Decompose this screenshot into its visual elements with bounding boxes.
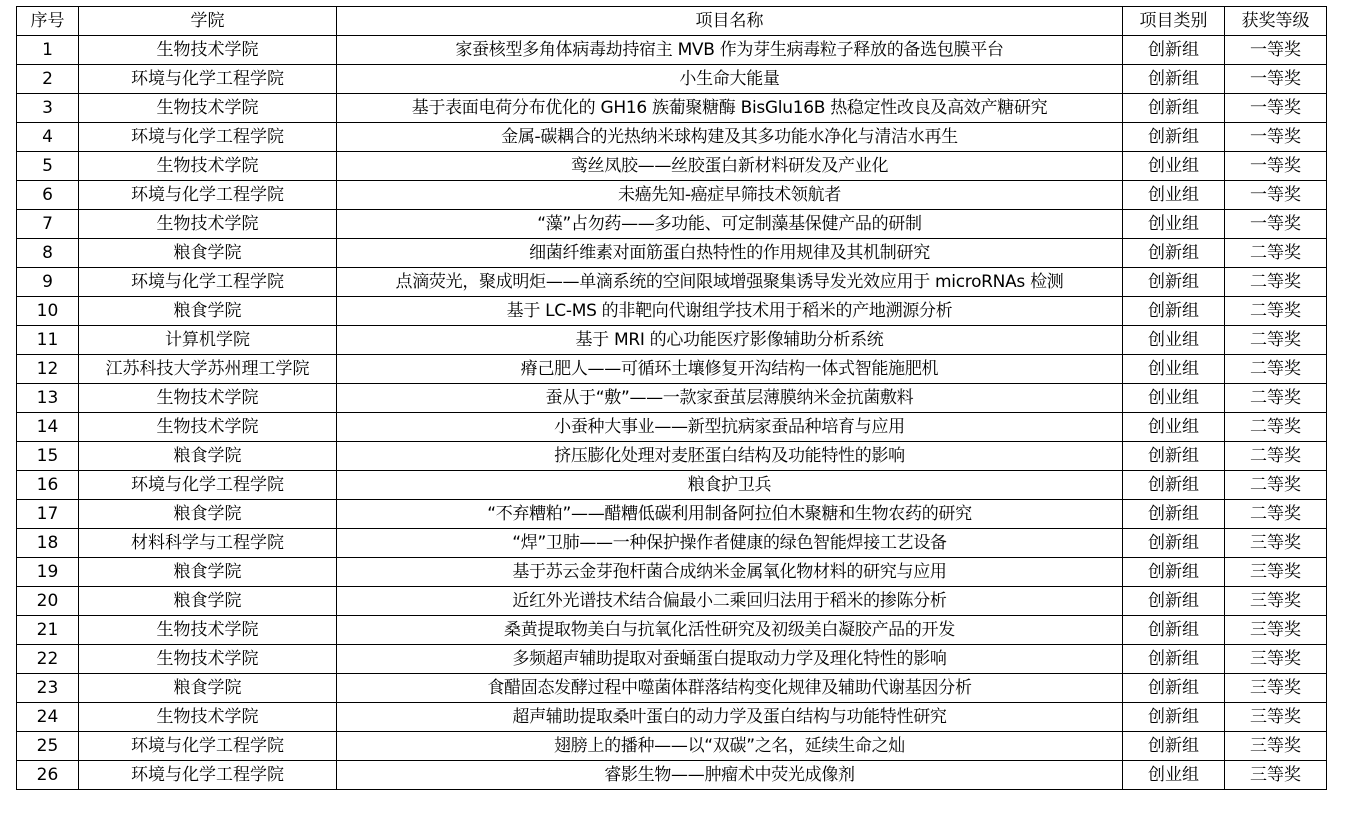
cell-college: 生物技术学院 [79,210,337,239]
table-row: 16环境与化学工程学院粮食护卫兵创新组二等奖 [17,471,1327,500]
cell-college: 环境与化学工程学院 [79,761,337,790]
header-category: 项目类别 [1123,7,1225,36]
table-header-row: 序号 学院 项目名称 项目类别 获奖等级 [17,7,1327,36]
cell-project-title: 家蚕核型多角体病毒劫持宿主 MVB 作为芽生病毒粒子释放的备选包膜平台 [337,36,1123,65]
cell-award-level: 三等奖 [1225,587,1327,616]
table-body: 1生物技术学院家蚕核型多角体病毒劫持宿主 MVB 作为芽生病毒粒子释放的备选包膜… [17,36,1327,790]
cell-award-level: 三等奖 [1225,616,1327,645]
cell-category: 创新组 [1123,674,1225,703]
cell-index: 4 [17,123,79,152]
cell-award-level: 三等奖 [1225,703,1327,732]
table-row: 19粮食学院基于苏云金芽孢杆菌合成纳米金属氧化物材料的研究与应用创新组三等奖 [17,558,1327,587]
cell-category: 创业组 [1123,152,1225,181]
cell-index: 1 [17,36,79,65]
cell-category: 创新组 [1123,529,1225,558]
table-row: 22生物技术学院多频超声辅助提取对蚕蛹蛋白提取动力学及理化特性的影响创新组三等奖 [17,645,1327,674]
cell-category: 创新组 [1123,94,1225,123]
table-row: 23粮食学院食醋固态发酵过程中噬菌体群落结构变化规律及辅助代谢基因分析创新组三等… [17,674,1327,703]
cell-category: 创新组 [1123,239,1225,268]
header-title: 项目名称 [337,7,1123,36]
cell-college: 粮食学院 [79,297,337,326]
cell-project-title: “藻”占勿药——多功能、可定制藻基保健产品的研制 [337,210,1123,239]
cell-college: 粮食学院 [79,500,337,529]
cell-project-title: 瘠己肥人——可循环土壤修复开沟结构一体式智能施肥机 [337,355,1123,384]
table-row: 9环境与化学工程学院点滴荧光，聚成明炬——单滴系统的空间限域增强聚集诱导发光效应… [17,268,1327,297]
cell-award-level: 三等奖 [1225,674,1327,703]
cell-award-level: 一等奖 [1225,181,1327,210]
cell-project-title: 粮食护卫兵 [337,471,1123,500]
cell-project-title: 未癌先知-癌症早筛技术领航者 [337,181,1123,210]
cell-index: 9 [17,268,79,297]
cell-college: 环境与化学工程学院 [79,268,337,297]
cell-award-level: 二等奖 [1225,471,1327,500]
cell-college: 环境与化学工程学院 [79,181,337,210]
cell-project-title: 细菌纤维素对面筋蛋白热特性的作用规律及其机制研究 [337,239,1123,268]
cell-award-level: 三等奖 [1225,645,1327,674]
cell-award-level: 三等奖 [1225,761,1327,790]
cell-index: 7 [17,210,79,239]
table-row: 2环境与化学工程学院小生命大能量创新组一等奖 [17,65,1327,94]
cell-category: 创业组 [1123,181,1225,210]
cell-award-level: 二等奖 [1225,355,1327,384]
table-row: 11计算机学院基于 MRI 的心功能医疗影像辅助分析系统创业组二等奖 [17,326,1327,355]
cell-award-level: 一等奖 [1225,65,1327,94]
table-row: 7生物技术学院“藻”占勿药——多功能、可定制藻基保健产品的研制创业组一等奖 [17,210,1327,239]
cell-index: 5 [17,152,79,181]
cell-college: 生物技术学院 [79,703,337,732]
cell-award-level: 二等奖 [1225,500,1327,529]
cell-college: 环境与化学工程学院 [79,732,337,761]
cell-index: 2 [17,65,79,94]
cell-project-title: 基于苏云金芽孢杆菌合成纳米金属氧化物材料的研究与应用 [337,558,1123,587]
cell-project-title: 基于 MRI 的心功能医疗影像辅助分析系统 [337,326,1123,355]
cell-index: 10 [17,297,79,326]
cell-award-level: 一等奖 [1225,123,1327,152]
cell-college: 环境与化学工程学院 [79,123,337,152]
cell-college: 生物技术学院 [79,94,337,123]
table-row: 6环境与化学工程学院未癌先知-癌症早筛技术领航者创业组一等奖 [17,181,1327,210]
table-row: 4环境与化学工程学院金属-碳耦合的光热纳米球构建及其多功能水净化与清洁水再生创新… [17,123,1327,152]
table-row: 12江苏科技大学苏州理工学院瘠己肥人——可循环土壤修复开沟结构一体式智能施肥机创… [17,355,1327,384]
cell-index: 23 [17,674,79,703]
cell-category: 创新组 [1123,65,1225,94]
table-row: 17粮食学院“不弃糟粕”——醋糟低碳利用制备阿拉伯木聚糖和生物农药的研究创新组二… [17,500,1327,529]
cell-award-level: 三等奖 [1225,732,1327,761]
cell-category: 创新组 [1123,558,1225,587]
cell-index: 22 [17,645,79,674]
cell-category: 创新组 [1123,616,1225,645]
cell-award-level: 二等奖 [1225,384,1327,413]
awards-table: 序号 学院 项目名称 项目类别 获奖等级 1生物技术学院家蚕核型多角体病毒劫持宿… [16,6,1327,790]
cell-index: 17 [17,500,79,529]
cell-index: 26 [17,761,79,790]
cell-category: 创新组 [1123,36,1225,65]
cell-category: 创新组 [1123,471,1225,500]
cell-college: 粮食学院 [79,442,337,471]
cell-award-level: 二等奖 [1225,268,1327,297]
cell-project-title: 点滴荧光，聚成明炬——单滴系统的空间限域增强聚集诱导发光效应用于 microRN… [337,268,1123,297]
table-row: 24生物技术学院超声辅助提取桑叶蛋白的动力学及蛋白结构与功能特性研究创新组三等奖 [17,703,1327,732]
cell-project-title: 翅膀上的播种——以“双碳”之名，延续生命之灿 [337,732,1123,761]
table-row: 10粮食学院基于 LC-MS 的非靶向代谢组学技术用于稻米的产地溯源分析创新组二… [17,297,1327,326]
cell-project-title: “焊”卫肺——一种保护操作者健康的绿色智能焊接工艺设备 [337,529,1123,558]
cell-college: 粮食学院 [79,674,337,703]
cell-project-title: 基于 LC-MS 的非靶向代谢组学技术用于稻米的产地溯源分析 [337,297,1123,326]
cell-award-level: 二等奖 [1225,442,1327,471]
cell-project-title: 挤压膨化处理对麦胚蛋白结构及功能特性的影响 [337,442,1123,471]
cell-college: 生物技术学院 [79,384,337,413]
table-row: 25环境与化学工程学院翅膀上的播种——以“双碳”之名，延续生命之灿创新组三等奖 [17,732,1327,761]
cell-project-title: 桑黄提取物美白与抗氧化活性研究及初级美白凝胶产品的开发 [337,616,1123,645]
cell-award-level: 二等奖 [1225,239,1327,268]
cell-college: 生物技术学院 [79,616,337,645]
cell-index: 19 [17,558,79,587]
cell-category: 创新组 [1123,268,1225,297]
cell-project-title: 睿影生物——肿瘤术中荧光成像剂 [337,761,1123,790]
cell-category: 创业组 [1123,355,1225,384]
cell-college: 粮食学院 [79,558,337,587]
cell-award-level: 三等奖 [1225,529,1327,558]
table-row: 5生物技术学院鸾丝凤胶——丝胶蛋白新材料研发及产业化创业组一等奖 [17,152,1327,181]
cell-college: 材料科学与工程学院 [79,529,337,558]
cell-college: 环境与化学工程学院 [79,471,337,500]
cell-category: 创业组 [1123,384,1225,413]
cell-award-level: 一等奖 [1225,152,1327,181]
cell-college: 生物技术学院 [79,36,337,65]
cell-index: 14 [17,413,79,442]
cell-index: 16 [17,471,79,500]
cell-category: 创新组 [1123,500,1225,529]
cell-category: 创业组 [1123,761,1225,790]
cell-index: 24 [17,703,79,732]
cell-college: 生物技术学院 [79,152,337,181]
cell-college: 江苏科技大学苏州理工学院 [79,355,337,384]
cell-category: 创业组 [1123,210,1225,239]
cell-college: 粮食学院 [79,587,337,616]
table-row: 21生物技术学院桑黄提取物美白与抗氧化活性研究及初级美白凝胶产品的开发创新组三等… [17,616,1327,645]
cell-project-title: 小蚕种大事业——新型抗病家蚕品种培育与应用 [337,413,1123,442]
table-row: 26环境与化学工程学院睿影生物——肿瘤术中荧光成像剂创业组三等奖 [17,761,1327,790]
table-row: 8粮食学院细菌纤维素对面筋蛋白热特性的作用规律及其机制研究创新组二等奖 [17,239,1327,268]
cell-award-level: 一等奖 [1225,94,1327,123]
header-award: 获奖等级 [1225,7,1327,36]
header-index: 序号 [17,7,79,36]
table-row: 1生物技术学院家蚕核型多角体病毒劫持宿主 MVB 作为芽生病毒粒子释放的备选包膜… [17,36,1327,65]
cell-category: 创新组 [1123,442,1225,471]
table-row: 18材料科学与工程学院“焊”卫肺——一种保护操作者健康的绿色智能焊接工艺设备创新… [17,529,1327,558]
cell-category: 创新组 [1123,732,1225,761]
table-row: 3生物技术学院基于表面电荷分布优化的 GH16 族葡聚糖酶 BisGlu16B … [17,94,1327,123]
cell-project-title: 近红外光谱技术结合偏最小二乘回归法用于稻米的掺陈分析 [337,587,1123,616]
table-row: 20粮食学院近红外光谱技术结合偏最小二乘回归法用于稻米的掺陈分析创新组三等奖 [17,587,1327,616]
table-row: 15粮食学院挤压膨化处理对麦胚蛋白结构及功能特性的影响创新组二等奖 [17,442,1327,471]
cell-index: 18 [17,529,79,558]
cell-project-title: 金属-碳耦合的光热纳米球构建及其多功能水净化与清洁水再生 [337,123,1123,152]
cell-category: 创新组 [1123,123,1225,152]
cell-college: 生物技术学院 [79,645,337,674]
cell-college: 计算机学院 [79,326,337,355]
cell-category: 创业组 [1123,413,1225,442]
cell-award-level: 二等奖 [1225,297,1327,326]
cell-project-title: 食醋固态发酵过程中噬菌体群落结构变化规律及辅助代谢基因分析 [337,674,1123,703]
cell-category: 创新组 [1123,587,1225,616]
cell-index: 6 [17,181,79,210]
cell-category: 创新组 [1123,703,1225,732]
cell-award-level: 一等奖 [1225,36,1327,65]
cell-award-level: 三等奖 [1225,558,1327,587]
cell-project-title: 基于表面电荷分布优化的 GH16 族葡聚糖酶 BisGlu16B 热稳定性改良及… [337,94,1123,123]
cell-award-level: 二等奖 [1225,413,1327,442]
cell-index: 13 [17,384,79,413]
cell-college: 粮食学院 [79,239,337,268]
cell-award-level: 一等奖 [1225,210,1327,239]
cell-category: 创新组 [1123,297,1225,326]
cell-index: 15 [17,442,79,471]
table-row: 13生物技术学院蚕从于“敷”——一款家蚕茧层薄膜纳米金抗菌敷料创业组二等奖 [17,384,1327,413]
cell-index: 8 [17,239,79,268]
cell-index: 12 [17,355,79,384]
cell-project-title: 鸾丝凤胶——丝胶蛋白新材料研发及产业化 [337,152,1123,181]
cell-category: 创业组 [1123,326,1225,355]
cell-category: 创新组 [1123,645,1225,674]
cell-project-title: 多频超声辅助提取对蚕蛹蛋白提取动力学及理化特性的影响 [337,645,1123,674]
cell-college: 环境与化学工程学院 [79,65,337,94]
header-college: 学院 [79,7,337,36]
cell-index: 25 [17,732,79,761]
cell-project-title: 小生命大能量 [337,65,1123,94]
cell-project-title: 蚕从于“敷”——一款家蚕茧层薄膜纳米金抗菌敷料 [337,384,1123,413]
cell-project-title: 超声辅助提取桑叶蛋白的动力学及蛋白结构与功能特性研究 [337,703,1123,732]
cell-index: 3 [17,94,79,123]
cell-index: 11 [17,326,79,355]
cell-project-title: “不弃糟粕”——醋糟低碳利用制备阿拉伯木聚糖和生物农药的研究 [337,500,1123,529]
cell-college: 生物技术学院 [79,413,337,442]
cell-award-level: 二等奖 [1225,326,1327,355]
table-row: 14生物技术学院小蚕种大事业——新型抗病家蚕品种培育与应用创业组二等奖 [17,413,1327,442]
cell-index: 21 [17,616,79,645]
cell-index: 20 [17,587,79,616]
